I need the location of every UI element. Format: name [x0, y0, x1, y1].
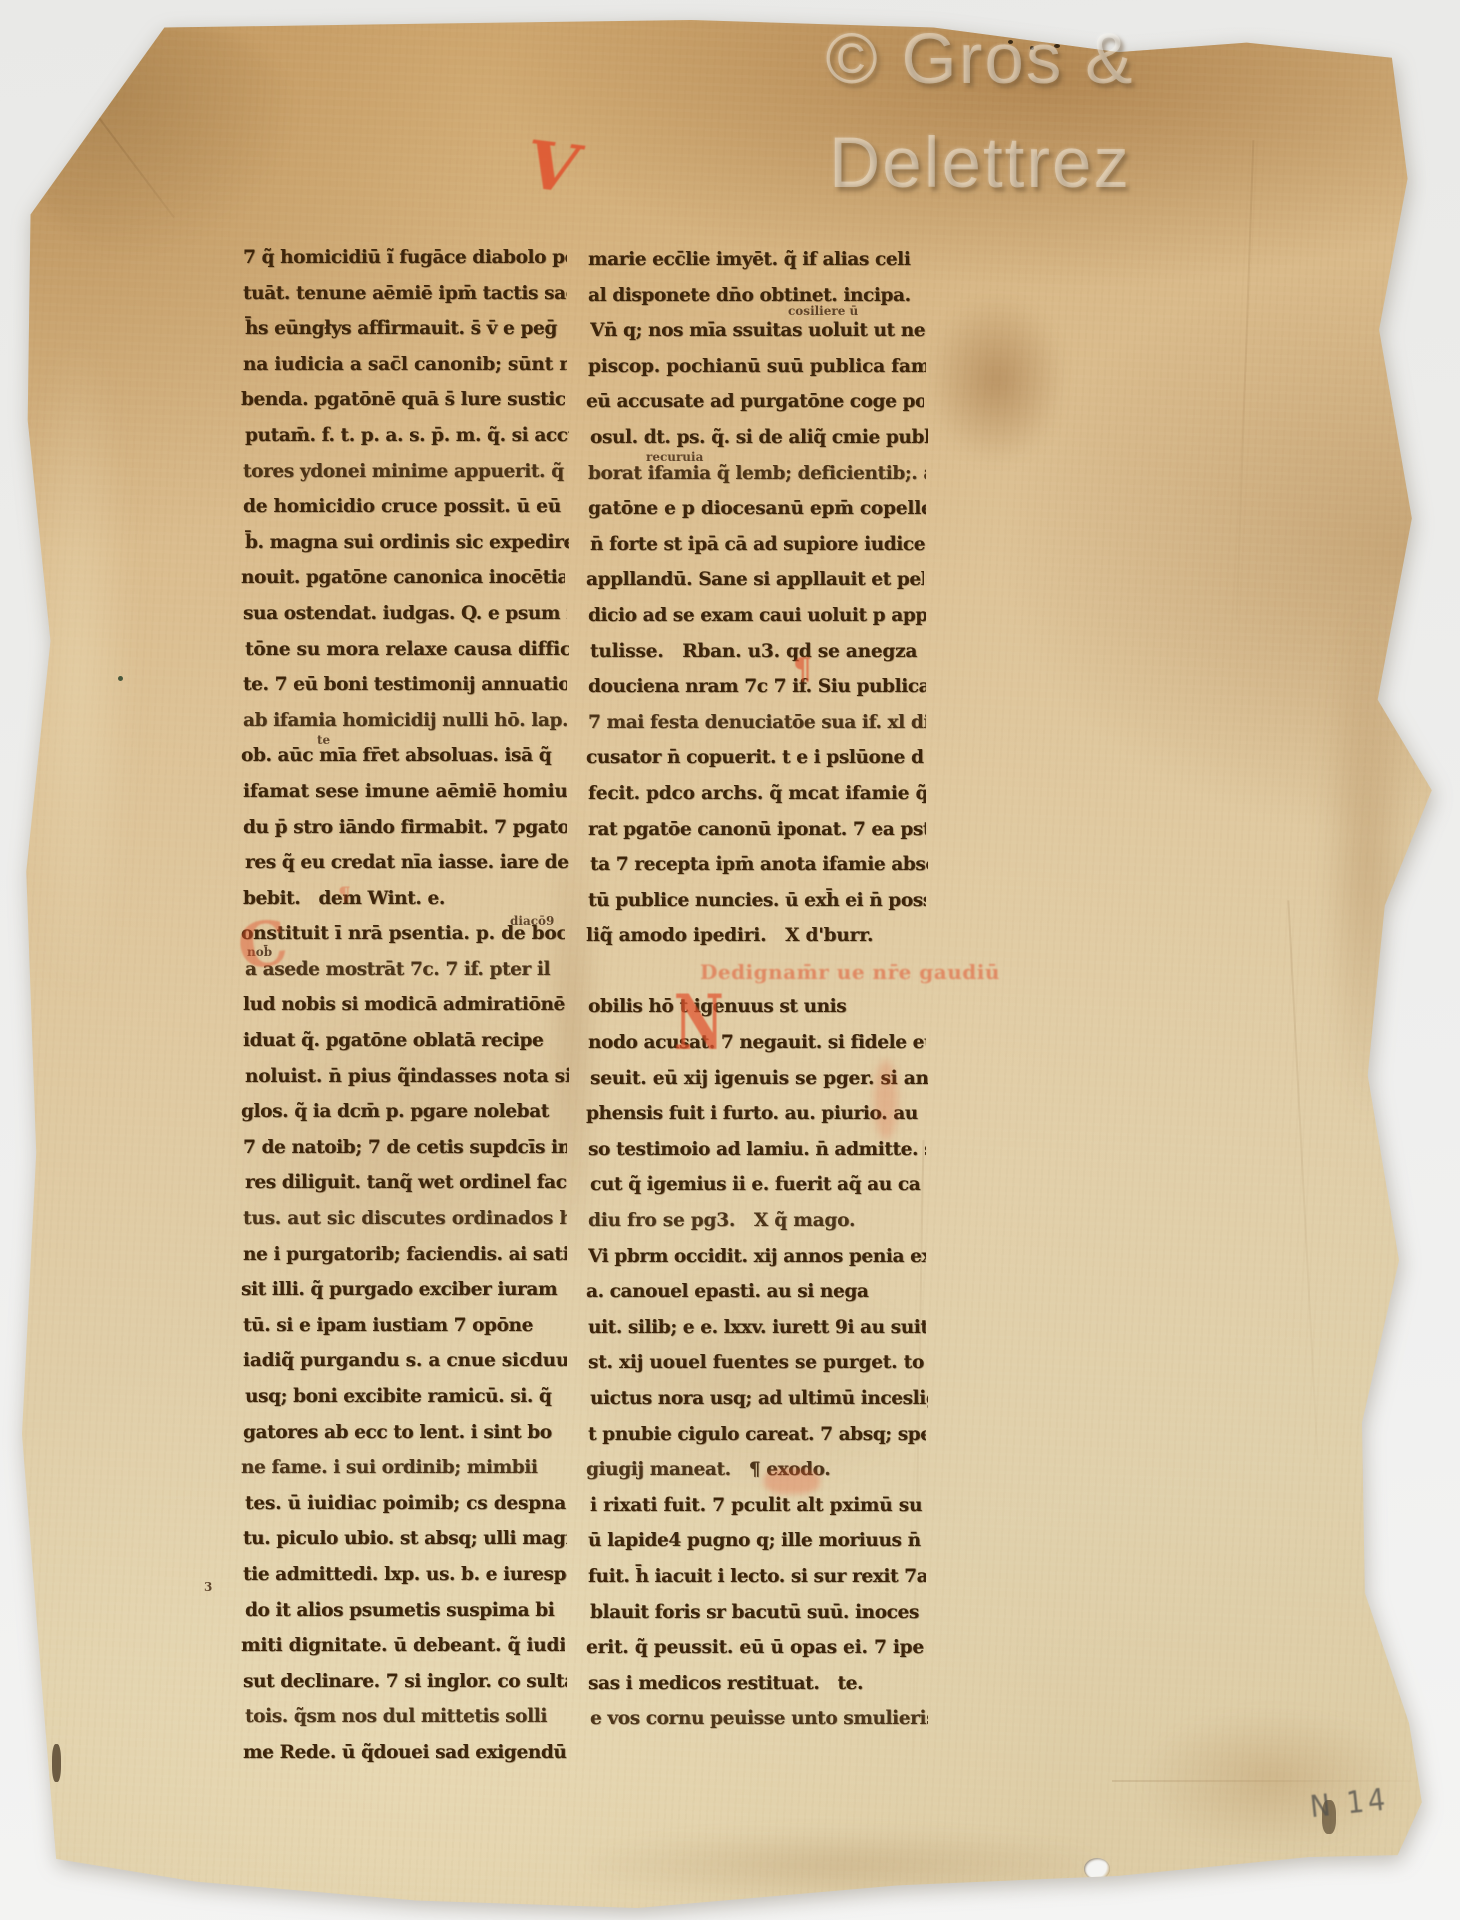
text-line: miti dignitate. ū debeant. q̃ iudia	[241, 1628, 565, 1664]
manuscript-leaf: 7 q̃ homicidiū ĩ fugāce diabolo petuāt. …	[22, 20, 1446, 1908]
text-line: res diliguit. tanq̃ wet ordinel fac	[245, 1165, 569, 1202]
text-line: tulisse. Rban. u3. qd se anegza	[590, 633, 928, 670]
text-line: e vos cornu peuisse unto smulieris	[590, 1701, 928, 1738]
text-line	[590, 953, 928, 990]
gloss-text: 3	[204, 1580, 212, 1594]
text-line: a. canouel epasti. au si nega	[586, 1274, 924, 1310]
text-line: rat pgatōe canonū iponat. 7 ea psti	[588, 812, 926, 848]
text-line: putam̄. f. t. p. a. s. p̄. m. q̃. si acc…	[245, 417, 569, 454]
text-line: seuit. eū xij igenuis se pger. si ana de	[590, 1060, 928, 1097]
text-line: cusator n̄ copuerit. t e i pslūone de	[586, 740, 924, 776]
text-line: eū accusate ad purgatōne coge possit.	[586, 384, 924, 420]
text-line: st. xij uouel fuentes se purget. to	[588, 1345, 926, 1381]
text-line: tores ydonei minime appuerit. q̃ eu	[243, 454, 567, 490]
text-line: sit illi. q̃ purgado exciber iuram	[241, 1272, 565, 1308]
text-line: tes. ū iuidiac poimib; cs despna	[245, 1485, 569, 1522]
text-line: phensis fuit i furto. au. piurio. au fal	[586, 1096, 924, 1132]
text-line: me Rede. ū q̃douei sad exigendū ro	[243, 1735, 567, 1771]
text-line: res q̃ eu credat nīa iasse. iare de	[245, 845, 569, 882]
text-line: 7 q̃ homicidiū ĩ fugāce diabolo pe	[243, 240, 567, 276]
text-line: nodo acusat. 7 negauit. si fidele eū e	[588, 1025, 926, 1061]
text-line: dicio ad se exam caui uoluit p appllōne	[588, 598, 926, 634]
text-line: uictus nora usq; ad ultimū incesligt	[590, 1380, 928, 1417]
text-line: tōne su mora relaxe causa difficulta	[245, 631, 569, 668]
parchment-stain	[927, 295, 1067, 465]
text-line: douciena nram 7c 7 if. Siu publica	[588, 669, 926, 705]
text-line: tu. piculo ubio. st absq; ulli magni	[243, 1521, 567, 1557]
ink-speck	[1054, 44, 1060, 48]
text-line: tū. si e ipam iustiam 7 opōne	[243, 1308, 567, 1344]
text-column-left: 7 q̃ homicidiū ĩ fugāce diabolo petuāt. …	[243, 240, 567, 1771]
text-line: nouit. pgatōne canonica inocētia	[241, 560, 565, 596]
text-line: sut declinare. 7 si inglor. co sulta	[243, 1664, 567, 1700]
red-quire-mark: V	[517, 126, 588, 208]
text-line: ifamat sese imune aēmiē homiu	[243, 774, 567, 810]
ink-speck	[118, 676, 123, 681]
parchment-stain	[1142, 1710, 1402, 1850]
text-line: Vi pbrm occidit. xij annos penia ex	[588, 1239, 926, 1275]
parchment-stain	[22, 20, 302, 260]
fold-crease	[1112, 1780, 1412, 1782]
gloss-text: te	[317, 733, 330, 747]
text-line: tois. q̃sm nos dul mittetis solli	[245, 1699, 569, 1736]
text-line: iadiq̃ purgandu s. a cnue sicduu	[243, 1343, 567, 1379]
gloss-text: diacō9	[510, 914, 554, 928]
text-line: i rixati fuit. 7 pculit alt pximū su	[590, 1487, 928, 1524]
text-line: tus. aut sic discutes ordinados ha	[243, 1201, 567, 1237]
text-line: liq̃ amodo ipediri. X d'burr.	[586, 918, 924, 954]
text-line: tū publice nuncies. ū exh̄ ei n̄ possit …	[588, 883, 926, 919]
text-line: al disponete dn̄o obtinet. incipa.	[588, 278, 926, 314]
text-line: Vn̄ q; nos mīa ssuitas uoluit ut ne	[590, 313, 928, 350]
text-line: tuāt. tenune aēmiē ipm̄ tactis sac̄	[243, 276, 567, 312]
ink-speck	[52, 1744, 61, 1782]
text-line: piscop. pochianū suū publica fama	[588, 349, 926, 385]
text-line: a asede mostrāt 7c. 7 if. pter il	[245, 951, 569, 988]
gloss-text: recuruia	[646, 450, 703, 464]
text-line: ne i purgatorib; faciendis. ai satis	[243, 1237, 567, 1273]
text-line: ta 7 recepta ipm̄ anota ifamie absolu	[590, 847, 928, 884]
ink-speck	[1008, 40, 1013, 44]
text-line: de homicidio cruce possit. ū eū vī aū	[243, 489, 567, 525]
pencil-inscription: N 14	[1308, 1782, 1390, 1825]
text-line: giugij maneat. ¶ exodo.	[586, 1452, 924, 1488]
photo-background: 7 q̃ homicidiū ĩ fugāce diabolo petuāt. …	[0, 0, 1460, 1920]
text-line: du p̄ stro iāndo firmabit. 7 pgato	[243, 810, 567, 846]
text-line: tie admittedi. lxp. us. b. e iurespō.	[243, 1557, 567, 1593]
parchment-stain	[582, 1830, 1102, 1900]
text-line: appllandū. Sane si appllauit et pebicin	[586, 562, 924, 598]
text-line: so testimoio ad lamiu. n̄ admitte. s. si	[588, 1132, 926, 1168]
text-line: do it alios psumetis suspima bi	[245, 1592, 569, 1629]
text-line: iduat q̃. pgatōne oblatā recipe	[243, 1023, 567, 1059]
text-line: n̄ forte st ipā cā ad supiore iudice dux…	[590, 526, 928, 563]
gloss-text: cosiliere ū	[788, 304, 858, 318]
fold-crease	[30, 27, 175, 218]
text-line: borat ifamia q̃ lemb; deficientib;. ad p	[588, 456, 926, 492]
text-line: te. 7 eū boni testimonij annuatio	[243, 667, 567, 703]
text-line: t pnubie cigulo careat. 7 absq; spe	[588, 1417, 926, 1453]
text-line: fuit. h̄ iacuit i lecto. si sur rexit 7a	[588, 1559, 926, 1595]
text-line: benda. pgatōnē quā s̄ lure susticē	[241, 382, 565, 418]
text-line: erit. q̃ peussit. eū ū opas ei. 7 ipen	[586, 1630, 924, 1666]
parchment-stain	[22, 350, 132, 990]
ink-speck	[1030, 46, 1034, 50]
text-line: ū lapide4 pugno q; ille moriuus n̄	[588, 1523, 926, 1559]
fold-crease	[1236, 140, 1255, 620]
text-line: ab ifamia homicidij nulli hō. lap.	[243, 703, 567, 739]
text-line: gatōne e p diocesanū epm̄ copellend.	[588, 491, 926, 527]
text-line: ob. aūc mīa fr̄et absoluas. isā q̃	[241, 738, 565, 774]
text-line: bebit. dem Wint. e.	[243, 881, 567, 917]
text-line: obilis hō t igenuus st unis	[588, 989, 926, 1025]
text-line: b̄. magna sui ordinis sic expedire cog	[245, 524, 569, 561]
text-line: cut q̃ igemius ii e. fuerit aq̃ au ca	[590, 1167, 928, 1204]
fold-crease	[1287, 900, 1318, 1459]
text-line: noluist. n̄ pius q̃indasses nota sin	[245, 1058, 569, 1095]
text-line: glos. q̃ ia dcm̄ p. pgare nolebat	[241, 1094, 565, 1130]
text-line: fecit. pdco archs. q̃ mcat ifamie q̃ lab…	[588, 776, 926, 812]
text-line: 7 mai festa denuciatōe sua if. xl die sa…	[588, 705, 926, 741]
text-line: uit. silib; e e. lxxv. iurett 9i au suit…	[588, 1310, 926, 1346]
text-line: sua ostendat. iudgas. Q. e psum ipe	[243, 596, 567, 632]
parchment-hole	[1084, 1858, 1110, 1880]
text-column-right: marie ecc̄lie imyēt. q̃ if alias celial …	[588, 242, 926, 1737]
text-line: sas i medicos restituat. te.	[588, 1666, 926, 1702]
text-line: gatores ab ecc to lent. i sint bo	[243, 1415, 567, 1451]
text-line: h̄s eūngłys affirmauit. s̄ v̄ e peḡ	[245, 311, 569, 348]
text-line: blauit foris sr bacutū suū. inoces	[590, 1594, 928, 1631]
text-line: diu fro se pg3. X q̃ mago.	[588, 1203, 926, 1239]
text-line: ne fame. i sui ordinib; mimbii	[241, 1450, 565, 1486]
parchment: 7 q̃ homicidiū ĩ fugāce diabolo petuāt. …	[22, 20, 1446, 1908]
text-line: na iudicia a sac̄l canonib; sūnt mo	[243, 347, 567, 383]
text-line: marie ecc̄lie imyēt. q̃ if alias celi	[588, 242, 926, 278]
text-line: lud nobis si modicā admiratiōnē	[243, 987, 567, 1023]
text-line: usq; boni excibite ramicū. si. q̃	[245, 1378, 569, 1415]
parchment-stain	[1322, 600, 1412, 1120]
gloss-text: nob̄	[247, 945, 272, 959]
text-line: osul. dt. ps. q̃. si de aliq̃ cmie publi…	[590, 419, 928, 456]
text-line: 7 de natoib; 7 de cetis supdcīs inte	[243, 1130, 567, 1166]
